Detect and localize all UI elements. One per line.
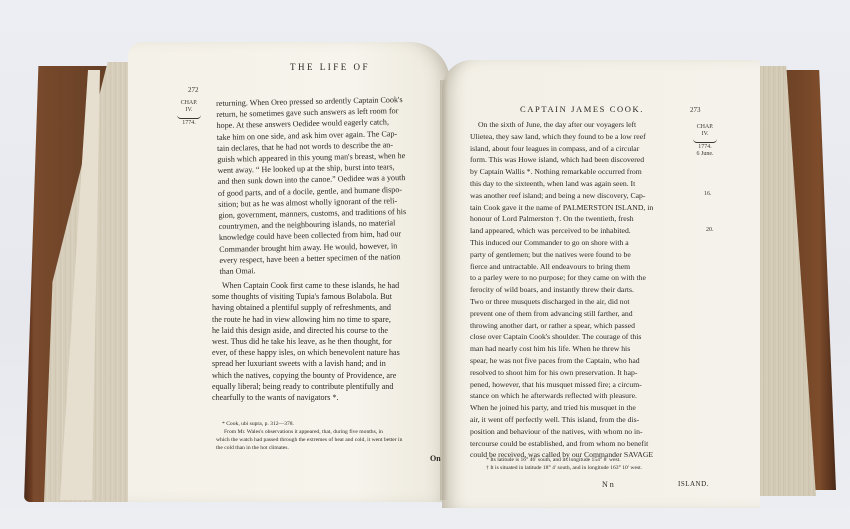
footnote-line: * Cook, ubi supra, p. 312—378.: [216, 420, 402, 428]
text-line: ever, of these happy isles, on which ben…: [212, 347, 400, 358]
text-line: equally liberal; being ready to contribu…: [212, 381, 400, 392]
footnote-line: which the watch had passed through the e…: [216, 436, 402, 444]
text-line: tercourse could be established, and from…: [470, 438, 653, 450]
text-line: resolved to shoot him for his own preser…: [470, 367, 653, 379]
text-line: the route he had in view allowing him no…: [212, 314, 400, 325]
brace-icon: [693, 139, 717, 143]
text-line: spread her luxuriant sweets with a lavis…: [212, 358, 400, 369]
text-line: honour of Lord Palmerston †. On the twen…: [470, 213, 653, 225]
brace-icon: [177, 115, 201, 119]
page-number: 272: [188, 86, 199, 94]
signature-mark: N n: [602, 480, 614, 489]
text-line: form. This was Howe island, which had be…: [470, 154, 653, 166]
margin-chapter: CHAP.: [687, 124, 723, 131]
text-line: pened, however, that his musquet missed …: [470, 379, 653, 391]
text-line: spear, he was not five paces from the Ca…: [470, 355, 653, 367]
text-line: ferocity of wild boars, and instantly th…: [470, 284, 653, 296]
margin-chapter-num: IV.: [172, 107, 206, 114]
margin-date: 6 June.: [687, 151, 723, 158]
text-line: party of gentlemen; but the natives were…: [470, 249, 653, 261]
left-page: 272 THE LIFE OF CHAP. IV. 1774. returnin…: [128, 42, 450, 502]
text-line: Two or three musquets discharged in the …: [470, 296, 653, 308]
running-head: CAPTAIN JAMES COOK.: [520, 104, 644, 114]
text-line: stance on which he afterwards reflected …: [470, 390, 653, 402]
text-line: Ulietea, they saw land, which they found…: [470, 131, 653, 143]
margin-chapter-note: CHAP. IV. 1774. 6 June.: [687, 124, 723, 158]
margin-chapter-note: CHAP. IV. 1774.: [172, 100, 206, 127]
right-body-text: On the sixth of June, the day after our …: [470, 119, 653, 461]
left-body-paragraph-2: When Captain Cook first came to these is…: [212, 280, 400, 403]
text-line: On the sixth of June, the day after our …: [470, 119, 653, 131]
text-line: When Captain Cook first came to these is…: [212, 280, 400, 291]
text-line: island, about four leagues in compass, a…: [470, 143, 653, 155]
text-line: some thoughts of visiting Tupia's famous…: [212, 291, 400, 302]
right-footnotes: * Its latitude is 16° 46′ south, and its…: [486, 456, 642, 472]
text-line: to a parley were to no purpose; for they…: [470, 272, 653, 284]
right-page: CAPTAIN JAMES COOK. 273 CHAP. IV. 1774. …: [442, 60, 760, 508]
left-body-paragraph-1: returning. When Oreo pressed so ardently…: [216, 94, 408, 277]
margin-year: 1774.: [687, 144, 723, 151]
left-footnotes: * Cook, ubi supra, p. 312—378. From Mr. …: [216, 420, 402, 452]
text-line: prevent one of them from advancing still…: [470, 308, 653, 320]
text-line: When he joined his party, and tried his …: [470, 402, 653, 414]
text-line: having obtained a plentiful supply of re…: [212, 302, 400, 313]
catchword: ISLAND.: [678, 480, 709, 488]
text-line: chearfully to the wants of navigators *.: [212, 392, 400, 403]
text-line: which the natives, copying the bounty of…: [212, 370, 400, 381]
text-line: This induced our Commander to go on shor…: [470, 237, 653, 249]
margin-chapter-num: IV.: [687, 131, 723, 138]
text-line: west. Thus did he take his leave, as he …: [212, 336, 400, 347]
text-line: position and behaviour of the natives, w…: [470, 426, 653, 438]
text-line: throwing another dart, or rather a spear…: [470, 320, 653, 332]
text-line: was another reef island; and being a new…: [470, 190, 653, 202]
text-line: close over Captain Cook's shoulder. The …: [470, 331, 653, 343]
text-line: man had nearly cost him his life. When h…: [470, 343, 653, 355]
footnote-line: From Mr. Wales's observations it appeare…: [216, 428, 402, 436]
text-line: tain Cook gave it the name of PALMERSTON…: [470, 202, 653, 214]
text-line: land appeared, which was perceived to be…: [470, 225, 653, 237]
margin-date: 16.: [704, 191, 712, 198]
page-number: 273: [690, 106, 701, 114]
running-head: THE LIFE OF: [290, 62, 370, 72]
book-gutter: [440, 80, 448, 500]
margin-chapter: CHAP.: [172, 100, 206, 107]
text-line: fierce and untractable. All endeavours t…: [470, 261, 653, 273]
margin-date: 20.: [706, 227, 714, 234]
text-line: this day to the sixteenth, when land was…: [470, 178, 653, 190]
text-line: he laid this design aside, and directed …: [212, 325, 400, 336]
margin-year: 1774.: [172, 120, 206, 127]
footnote-line: † It is situated in latitude 18° 4′ sout…: [486, 464, 642, 472]
footnote-line: * Its latitude is 16° 46′ south, and its…: [486, 456, 642, 464]
text-line: air, it went off perfectly well. This is…: [470, 414, 653, 426]
footnote-line: the cold than in the hot climates.: [216, 444, 402, 452]
text-line: by Captain Wallis *. Nothing remarkable …: [470, 166, 653, 178]
